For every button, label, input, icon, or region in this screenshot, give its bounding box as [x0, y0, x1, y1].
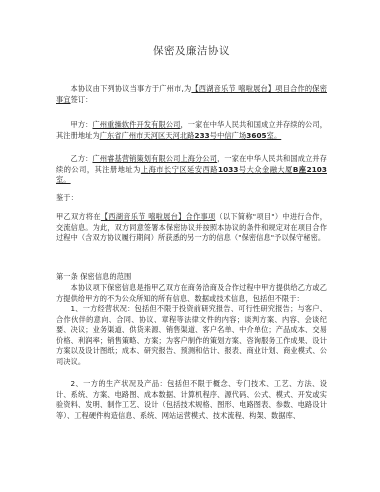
- address-part: B座2103: [293, 165, 327, 174]
- address-part: 广东省广州市天河区天河北路: [100, 131, 195, 140]
- article1-item1: 1、一方经营状况：包括但不限于投资前研究报告、可行性研究报告；与客户、合作伙伴的…: [56, 304, 327, 368]
- article1-heading: 第一条 保密信息的范围: [56, 272, 327, 283]
- party-a-paragraph: 甲方：广州重操软件开发有限公司，一家在中华人民共和国成立并存续的公司，其注册地址…: [56, 120, 327, 141]
- party-a-label: 甲方：: [71, 120, 93, 129]
- article1-item2: 2、一方的生产状况及产品：包括但不限于概念、专门技术、工艺、方法、设计、系统、方…: [56, 379, 327, 421]
- address-part: 1033: [218, 165, 238, 174]
- intro-pre: 本协议由下列协议当事方于广州市,为: [71, 84, 192, 93]
- party-a-name: 广州重操软件开发有限公司: [93, 120, 181, 129]
- party-b-name: 广州睿基营销策划有限公司上海分公司: [93, 154, 218, 163]
- whereas-project: 【西湖音乐节 嘻啦展台】合作事项: [101, 212, 216, 221]
- party-a-address: 广东省广州市天河区天河北路233号中信广场3605室。: [100, 131, 282, 140]
- party-b-label: 乙方：: [71, 154, 93, 163]
- whereas-label: 鉴于：: [56, 193, 327, 204]
- party-b-paragraph: 乙方：广州睿基营销策划有限公司上海分公司，一家在中华人民共和国成立并存续的公司，…: [56, 154, 327, 186]
- article1-body: 本协议项下保密信息是指甲乙双方在商务洽商及合作过程中甲方提供给乙方或乙方提供给甲…: [56, 283, 327, 304]
- intro-post: 签订：: [71, 95, 93, 104]
- address-part: 233: [194, 131, 209, 140]
- address-part: 室。: [267, 131, 282, 140]
- whereas-pre: 甲乙双方将在: [56, 212, 101, 221]
- address-part: 上海市长宁区延安西路: [141, 165, 218, 174]
- whereas-paragraph: 甲乙双方将在【西湖音乐节 嘻啦展台】合作事项（以下简称"项目"）中进行合作，交流…: [56, 212, 327, 244]
- address-part: 3605: [246, 131, 266, 140]
- document-title: 保密及廉洁协议: [56, 43, 327, 58]
- address-part: 室。: [56, 175, 71, 184]
- address-part: 号中信广场: [210, 131, 246, 140]
- address-part: 号大众金融大厦: [238, 165, 292, 174]
- intro-paragraph: 本协议由下列协议当事方于广州市,为【西湖音乐节 嘻啦展台】项目合作的保密事宜签订…: [56, 84, 327, 105]
